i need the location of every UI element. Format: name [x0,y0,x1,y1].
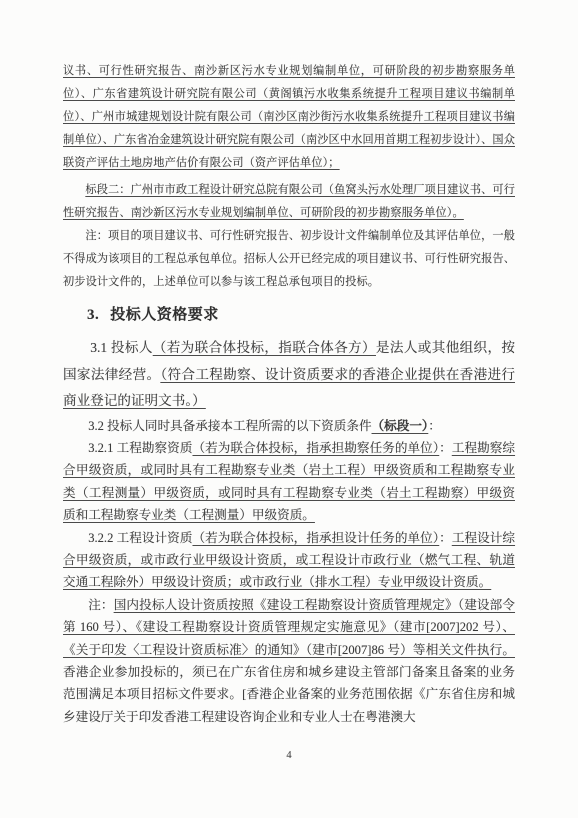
underlined-run: （若为联合体投标，指联合体各方） [153,340,376,355]
page-number: 4 [0,750,578,761]
text-run: 3.2 投标人同时具备承接本工程所需的以下资质条件 [88,419,371,433]
text-run: 3.2.2 工程设计资质 [88,531,192,545]
underlined-run: 议书、可行性研究报告、南沙新区污水专业规划编制单位，可研阶段的初步勘察服务单位）… [63,65,515,169]
document-body: 议书、可行性研究报告、南沙新区污水专业规划编制单位，可研阶段的初步勘察服务单位）… [63,60,515,728]
paragraph-note-2: 注：国内投标人设计资质按照《建设工程勘察设计资质管理规定》（建设部令第 160 … [63,594,515,728]
paragraph-3-2-1: 3.2.1 工程勘察资质（若为联合体投标，指承担勘察任务的单位）：工程勘察综合甲… [63,437,515,527]
underlined-run: 国内投标人设计资质按照《建设工程勘察设计资质管理规定》（建设部令第 160 号）… [63,598,515,657]
paragraph-bid-section-2: 标段二：广州市市政工程设计研究总院有限公司（鱼窝头污水处理厂项目建议书、可行性研… [63,179,515,225]
heading-title: 投标人资格要求 [110,307,219,323]
text-run: 3.1 投标人 [90,340,153,355]
text-run: 香港企业参加投标的，须已在广东省住房和城乡建设主管部门备案且备案的业务范围满足本… [63,665,515,724]
underlined-run: 标段二：广州市市政工程设计研究总院有限公司（鱼窝头污水处理厂项目建议书、可行性研… [63,184,515,219]
section-heading-bidder-qualifications: 3.投标人资格要求 [87,303,515,324]
text-run: ： [439,531,452,545]
paragraph-unit-list-continued: 议书、可行性研究报告、南沙新区污水专业规划编制单位，可研阶段的初步勘察服务单位）… [63,60,515,175]
paragraph-3-2: 3.2 投标人同时具备承接本工程所需的以下资质条件（标段一）： [63,415,515,437]
underlined-run: （若为联合体投标，指承担勘察任务的单位） [192,441,439,455]
paragraph-note-1: 注：项目的项目建议书、可行性研究报告、初步设计文件编制单位及其评估单位，一般不得… [63,225,515,294]
text-run: ： [428,419,441,433]
text-run: 3.2.1 工程勘察资质 [88,441,192,455]
text-run: 注： [88,598,114,612]
bold-underlined-run: （标段一） [372,419,429,433]
heading-number: 3. [87,307,99,323]
text-run: ： [439,441,452,455]
scanned-document-page: 议书、可行性研究报告、南沙新区污水专业规划编制单位，可研阶段的初步勘察服务单位）… [0,0,578,818]
underlined-run: （若为联合体投标，指承担设计任务的单位） [192,531,439,545]
paragraph-3-1: 3.1 投标人（若为联合体投标，指联合体各方）是法人或其他组织，按国家法律经营。… [63,335,515,415]
paragraph-3-2-2: 3.2.2 工程设计资质（若为联合体投标，指承担设计任务的单位）：工程设计综合甲… [63,527,515,594]
